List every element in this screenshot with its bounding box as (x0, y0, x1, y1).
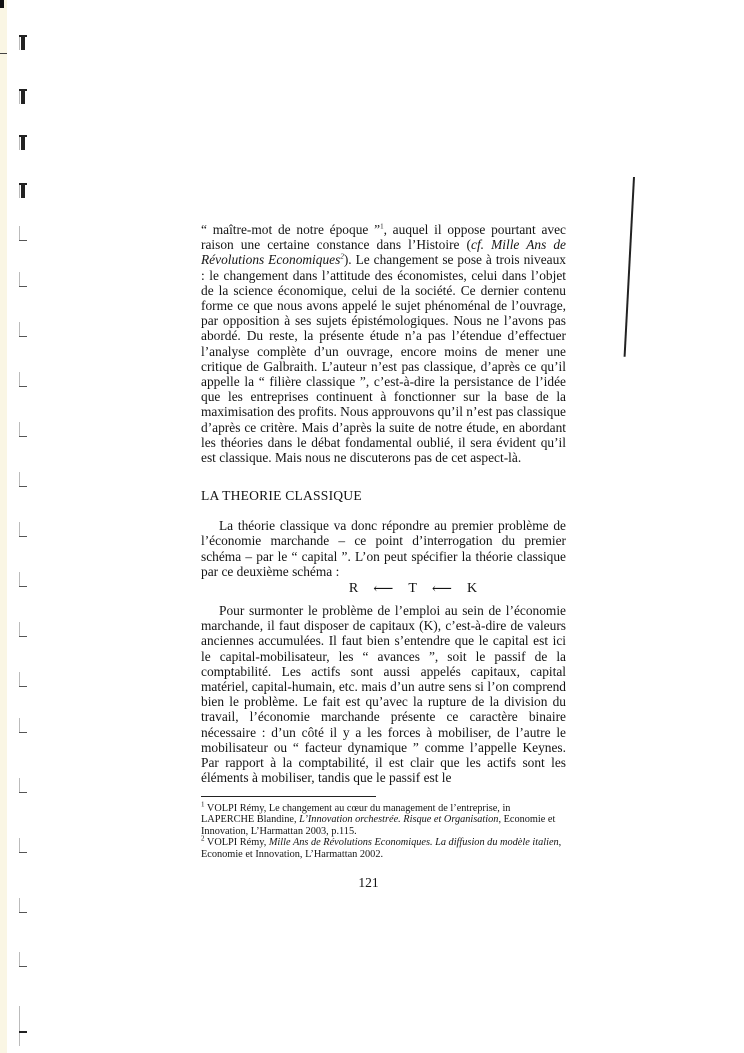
scan-corner-mark (0, 0, 4, 8)
italic-title: Mille Ans de Révolutions Economiques. La… (269, 837, 559, 848)
footnote-2: 2 VOLPI Rémy, Mille Ans de Révolutions E… (201, 837, 566, 860)
text-run: “ maître-mot de notre époque ” (201, 222, 380, 237)
scan-edge-mark (0, 53, 7, 54)
footnote-number: 1 (201, 800, 205, 808)
scan-edge-strip (0, 0, 7, 1053)
schema-diagram: R ⟵ T ⟵ K (261, 581, 566, 598)
paragraph-classical-theory: La théorie classique va donc répondre au… (201, 518, 566, 579)
schema-r: R (349, 581, 359, 598)
italic-title: L’Innovation orchestrée. Risque et Organ… (299, 814, 498, 825)
schema-t: T (408, 581, 418, 598)
footnote-1: 1 VOLPI Rémy, Le changement au cœur du m… (201, 803, 566, 838)
footnote-divider (201, 796, 376, 797)
margin-vertical-rule (624, 177, 635, 357)
document-page: “ maître-mot de notre époque ”1, auquel … (201, 222, 566, 891)
text-run: ). Le changement se pose à trois niveaux… (201, 252, 566, 465)
footnote-number: 2 (201, 835, 205, 843)
arrow-left-icon: ⟵ (432, 581, 453, 598)
paragraph-intro: “ maître-mot de notre époque ”1, auquel … (201, 222, 566, 465)
paragraph-capital: Pour surmonter le problème de l’emploi a… (201, 603, 566, 785)
text-run: VOLPI Rémy, (207, 837, 269, 848)
page-number: 121 (201, 875, 566, 891)
arrow-left-icon: ⟵ (373, 581, 394, 598)
section-heading: LA THEORIE CLASSIQUE (201, 488, 566, 504)
schema-k: K (467, 581, 478, 598)
